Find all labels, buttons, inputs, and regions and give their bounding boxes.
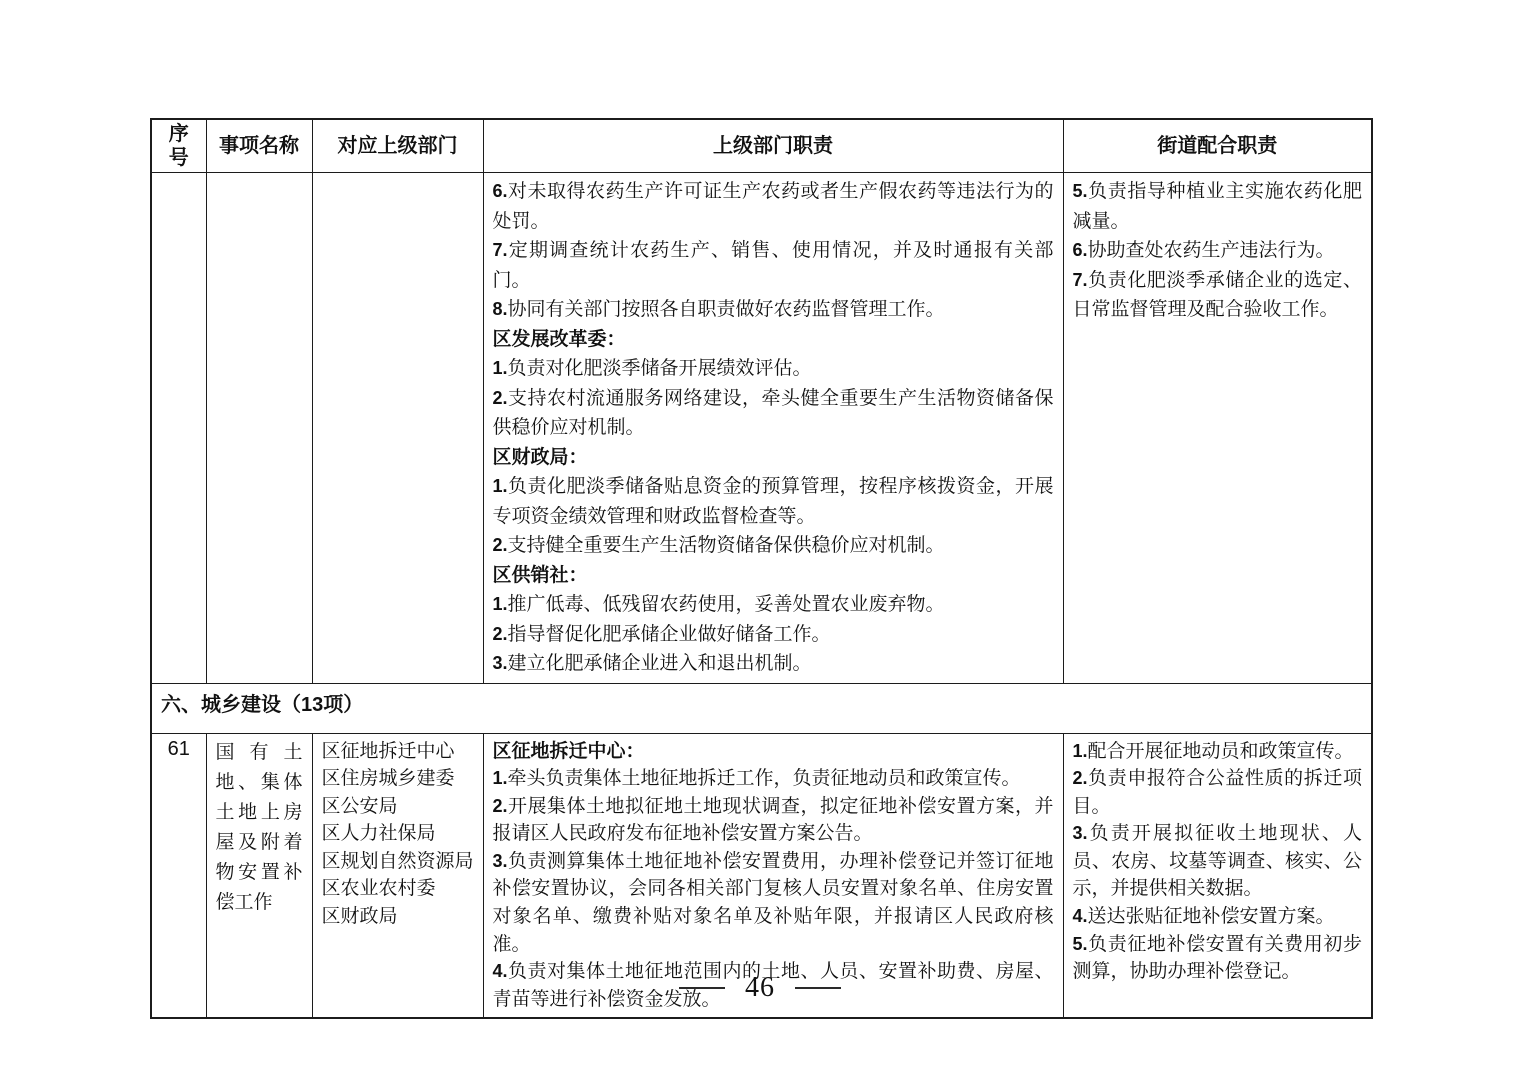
- item-number: 2.: [493, 624, 508, 644]
- item-number: 7.: [1073, 270, 1088, 290]
- item-number: 5.: [1073, 934, 1088, 954]
- item-number: 5.: [1073, 181, 1088, 201]
- document-page: 序号 事项名称 对应上级部门 上级部门职责 街道配合职责 6.对未取得农药生产许…: [0, 0, 1520, 1074]
- column-header-superior-duties: 上级部门职责: [483, 119, 1063, 173]
- item-number: 3.: [493, 653, 508, 673]
- duty-paragraph: 8.协同有关部门按照各自职责做好农药监督管理工作。: [493, 295, 1054, 325]
- item-number: 1.: [493, 476, 508, 496]
- item-number: 2.: [493, 796, 508, 816]
- duty-paragraph: 1.牵头负责集体土地征地拆迁工作，负责征地动员和政策宣传。: [493, 765, 1054, 793]
- duty-paragraph: 3.建立化肥承储企业进入和退出机制。: [493, 649, 1054, 679]
- column-header-street-duties: 街道配合职责: [1063, 119, 1372, 173]
- duty-paragraph: 2.支持农村流通服务网络建设，牵头健全重要生产生活物资储备保供稳价应对机制。: [493, 384, 1054, 443]
- department-item: 区公安局: [322, 793, 474, 821]
- item-number: 4.: [1073, 906, 1088, 926]
- department-item: 区农业农村委: [322, 875, 474, 903]
- cell-street-duties: 5.负责指导种植业主实施农药化肥减量。6.协助查处农药生产违法行为。7.负责化肥…: [1063, 173, 1372, 684]
- duty-paragraph: 区供销社：: [493, 561, 1054, 591]
- duty-paragraph: 7.负责化肥淡季承储企业的选定、日常监督管理及配合验收工作。: [1073, 266, 1363, 325]
- duty-paragraph: 2.指导督促化肥承储企业做好储备工作。: [493, 620, 1054, 650]
- duty-paragraph: 1.负责化肥淡季储备贴息资金的预算管理，按程序核拨资金，开展专项资金绩效管理和财…: [493, 472, 1054, 531]
- cell-item-name-empty: [206, 173, 312, 684]
- section-header-row: 六、城乡建设（13项）: [151, 683, 1372, 733]
- section-header-urban-rural-construction: 六、城乡建设（13项）: [151, 683, 1372, 733]
- duty-paragraph: 5.负责指导种植业主实施农药化肥减量。: [1073, 177, 1363, 236]
- page-number: 46: [745, 970, 775, 1006]
- duty-paragraph: 区财政局：: [493, 443, 1054, 473]
- duty-paragraph: 2.支持健全重要生产生活物资储备保供稳价应对机制。: [493, 531, 1054, 561]
- cell-serial-number-empty: [151, 173, 206, 684]
- table-header-row: 序号 事项名称 对应上级部门 上级部门职责 街道配合职责: [151, 119, 1372, 173]
- item-number: 1.: [1073, 741, 1088, 761]
- column-header-serial-number: 序号: [151, 119, 206, 173]
- column-header-superior-department: 对应上级部门: [312, 119, 483, 173]
- item-number: 6.: [1073, 240, 1088, 260]
- duty-paragraph: 6.对未取得农药生产许可证生产农药或者生产假农药等违法行为的处罚。: [493, 177, 1054, 236]
- department-item: 区规划自然资源局: [322, 848, 474, 876]
- duty-paragraph: 区发展改革委：: [493, 325, 1054, 355]
- item-number: 3.: [493, 851, 508, 871]
- item-number: 1.: [493, 768, 508, 788]
- cell-departments-empty: [312, 173, 483, 684]
- item-number: 8.: [493, 299, 508, 319]
- duty-paragraph: 3.负责测算集体土地征地补偿安置费用，办理补偿登记并签订征地补偿安置协议，会同各…: [493, 848, 1054, 958]
- duty-paragraph: 2.负责申报符合公益性质的拆迁项目。: [1073, 765, 1363, 820]
- duty-paragraph: 2.开展集体土地拟征地土地现状调查，拟定征地补偿安置方案，并报请区人民政府发布征…: [493, 793, 1054, 848]
- duty-paragraph: 3.负责开展拟征收土地现状、人员、农房、坟墓等调查、核实、公示，并提供相关数据。: [1073, 820, 1363, 903]
- department-item: 区人力社保局: [322, 820, 474, 848]
- item-number: 1.: [493, 594, 508, 614]
- table-row-continuation: 6.对未取得农药生产许可证生产农药或者生产假农药等违法行为的处罚。7.定期调查统…: [151, 173, 1372, 684]
- item-number: 2.: [493, 388, 508, 408]
- page-footer: 46: [0, 970, 1520, 1006]
- duty-paragraph: 1.配合开展征地动员和政策宣传。: [1073, 738, 1363, 766]
- duty-paragraph: 1.负责对化肥淡季储备开展绩效评估。: [493, 354, 1054, 384]
- footer-left-dash: [679, 987, 725, 989]
- department-item: 区征地拆迁中心: [322, 738, 474, 766]
- cell-superior-duties: 6.对未取得农药生产许可证生产农药或者生产假农药等违法行为的处罚。7.定期调查统…: [483, 173, 1063, 684]
- footer-right-dash: [795, 987, 841, 989]
- duty-paragraph: 6.协助查处农药生产违法行为。: [1073, 236, 1363, 266]
- duty-paragraph: 区征地拆迁中心：: [493, 738, 1054, 766]
- item-number: 2.: [1073, 768, 1088, 788]
- item-number: 3.: [1073, 823, 1088, 843]
- duty-paragraph: 7.定期调查统计农药生产、销售、使用情况，并及时通报有关部门。: [493, 236, 1054, 295]
- department-item: 区财政局: [322, 903, 474, 931]
- column-header-item-name: 事项名称: [206, 119, 312, 173]
- duty-paragraph: 4.送达张贴征地补偿安置方案。: [1073, 903, 1363, 931]
- item-number: 1.: [493, 358, 508, 378]
- department-item: 区住房城乡建委: [322, 765, 474, 793]
- responsibility-table: 序号 事项名称 对应上级部门 上级部门职责 街道配合职责 6.对未取得农药生产许…: [150, 118, 1373, 1019]
- item-number: 7.: [493, 240, 508, 260]
- item-number: 2.: [493, 535, 508, 555]
- duty-paragraph: 1.推广低毒、低残留农药使用，妥善处置农业废弃物。: [493, 590, 1054, 620]
- item-number: 6.: [493, 181, 508, 201]
